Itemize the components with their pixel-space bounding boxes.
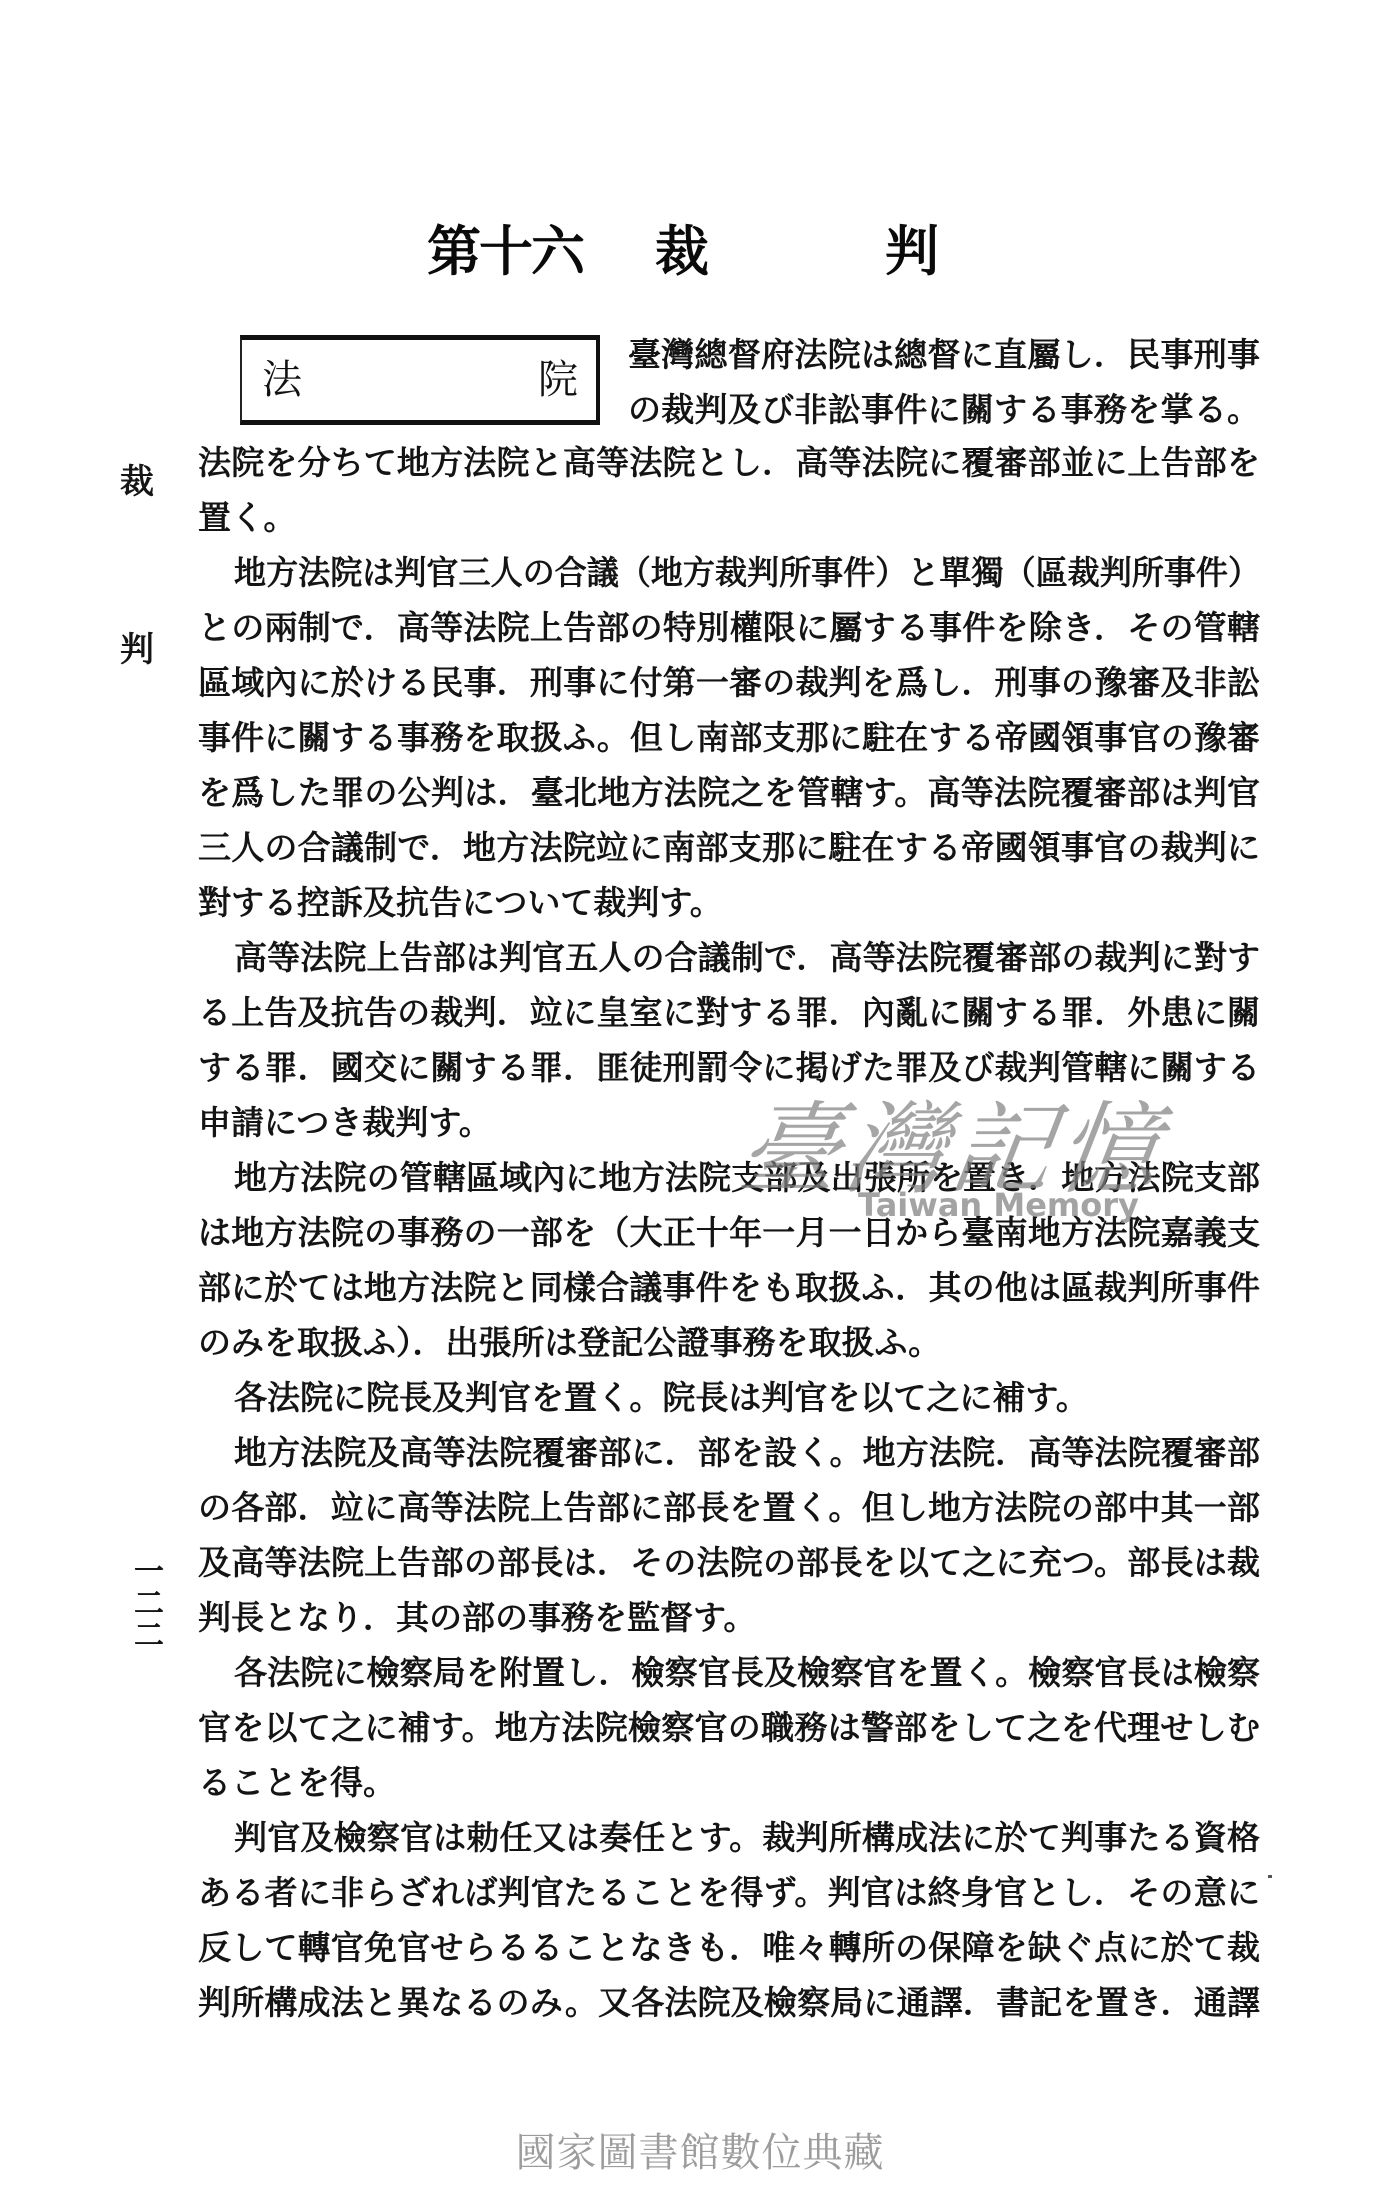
text-line: 判長となり．其の部の事務を監督す。 xyxy=(198,1596,756,1640)
text-line: 高等法院上告部は判官五人の合議制で．高等法院覆審部の裁判に對す xyxy=(234,936,1260,980)
margin-label: 裁 xyxy=(118,462,156,502)
text-line: 判所構成法と異なるのみ。又各法院及檢察局に通譯．書記を置き．通譯 xyxy=(198,1981,1260,2025)
margin-label: 判 xyxy=(118,630,156,670)
chapter-title-char-1: 裁 xyxy=(655,222,709,282)
text-line: との兩制で．高等法院上告部の特別權限に屬する事件を除き．その管轄 xyxy=(198,606,1260,650)
text-line: 三人の合議制で．地方法院竝に南部支那に駐在する帝國領事官の裁判に xyxy=(198,826,1260,870)
text-line: する罪．國交に關する罪．匪徒刑罰令に掲げた罪及び裁判管轄に關する xyxy=(198,1046,1260,1090)
text-line: 對する控訴及抗告について裁判す。 xyxy=(198,881,723,925)
text-line: 部に於ては地方法院と同樣合議事件をも取扱ふ．其の他は區裁判所事件 xyxy=(198,1266,1260,1310)
page-title: 第十六 裁 判 xyxy=(427,222,947,282)
text-line: 及高等法院上告部の部長は．その法院の部長を以て之に充つ。部長は裁 xyxy=(198,1541,1260,1585)
print-speck xyxy=(1268,1875,1272,1878)
footer-attribution: 國家圖書館數位典藏 xyxy=(505,2128,895,2178)
header-line: 臺灣總督府法院は總督に直屬し．民事刑事 xyxy=(628,333,1260,377)
chapter-number: 第十六 xyxy=(427,222,583,282)
text-line: 各法院に檢察局を附置し．檢察官長及檢察官を置く。檢察官長は檢察 xyxy=(234,1651,1260,1695)
text-line: 反して轉官免官せらるることなきも．唯々轉所の保障を缺ぐ点に於て裁 xyxy=(198,1926,1260,1970)
page-number: 一二二 xyxy=(120,1555,160,1655)
header-line: の裁判及び非訟事件に關する事務を掌る。 xyxy=(628,388,1260,432)
text-line: ある者に非らざれば判官たることを得ず。判官は終身官とし．その意に xyxy=(198,1871,1260,1915)
text-line: 地方法院は判官三人の合議（地方裁判所事件）と單獨（區裁判所事件） xyxy=(234,551,1260,595)
text-line: 地方法院及高等法院覆審部に．部を設く。地方法院．高等法院覆審部 xyxy=(234,1431,1260,1475)
text-line: 法院を分ちて地方法院と高等法院とし．高等法院に覆審部並に上告部を xyxy=(198,441,1260,485)
text-line: ることを得。 xyxy=(198,1761,396,1805)
text-line: 申請につき裁判す。 xyxy=(198,1101,492,1145)
text-line: 區域內に於ける民事．刑事に付第一審の裁判を爲し．刑事の豫審及非訟 xyxy=(198,661,1260,705)
text-line: の各部．竝に高等法院上告部に部長を置く。但し地方法院の部中其一部 xyxy=(198,1486,1260,1530)
text-line: 官を以て之に補す。地方法院檢察官の職務は警部をして之を代理せしむ xyxy=(198,1706,1260,1750)
document-page: 第十六 裁 判 法 院 臺灣總督府法院は總督に直屬し．民事刑事 の裁判及び非訟事… xyxy=(0,0,1400,2200)
text-line: は地方法院の事務の一部を（大正十年一月一日から臺南地方法院嘉義支 xyxy=(198,1211,1260,1255)
text-line: 事件に關する事務を取扱ふ。但し南部支那に駐在する帝國領事官の豫審 xyxy=(198,716,1260,760)
text-line: 地方法院の管轄區域內に地方法院支部及出張所を置き．地方法院支部 xyxy=(234,1156,1260,1200)
section-heading-box: 法 院 xyxy=(240,335,600,425)
section-heading-char-1: 法 xyxy=(262,358,302,402)
text-line: 置く。 xyxy=(198,496,296,540)
text-line: を爲した罪の公判は．臺北地方法院之を管轄す。高等法院覆審部は判官 xyxy=(198,771,1260,815)
text-line: のみを取扱ふ）．出張所は登記公證事務を取扱ふ。 xyxy=(198,1321,941,1365)
chapter-title-char-2: 判 xyxy=(885,222,939,282)
text-line: る上告及抗告の裁判．竝に皇室に對する罪．內亂に關する罪．外患に關 xyxy=(198,991,1260,1035)
text-line: 各法院に院長及判官を置く。院長は判官を以て之に補す。 xyxy=(234,1376,1089,1420)
text-line: 判官及檢察官は勅任又は奏任とす。裁判所構成法に於て判事たる資格 xyxy=(234,1816,1260,1860)
section-heading-char-2: 院 xyxy=(538,358,578,402)
